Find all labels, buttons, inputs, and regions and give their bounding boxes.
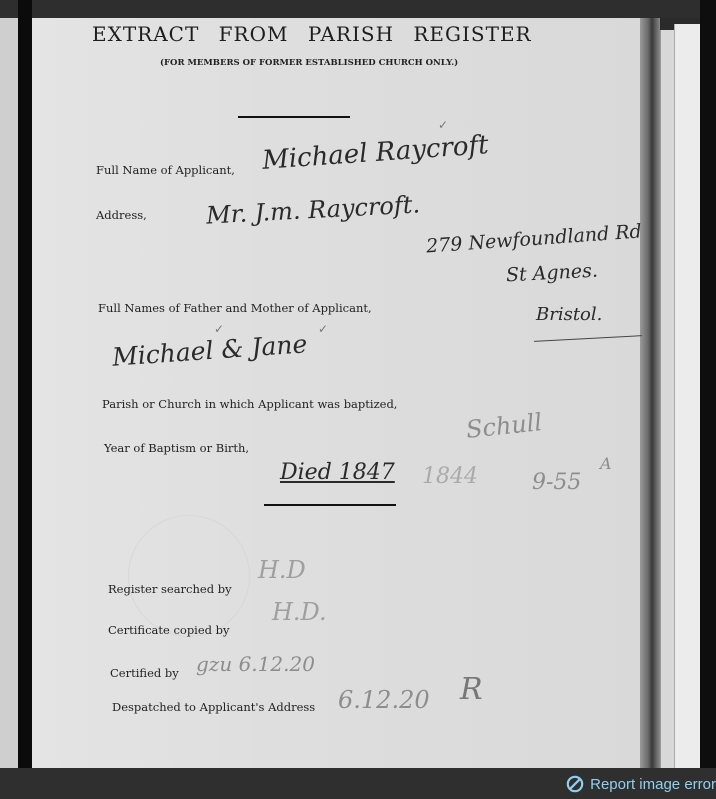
register-searched-label: Register searched by bbox=[108, 582, 232, 596]
report-image-error-label: Report image error bbox=[590, 776, 716, 793]
certificate-copied-value: H.D. bbox=[272, 598, 327, 626]
certified-label: Certified by bbox=[110, 666, 179, 680]
certified-value: gzu 6.12.20 bbox=[196, 652, 315, 676]
page-edge bbox=[674, 24, 701, 768]
despatched-value: 6.12.20 bbox=[338, 686, 430, 714]
image-viewer: EXTRACT FROM PARISH REGISTER (FOR MEMBER… bbox=[0, 0, 716, 799]
address-label: Address, bbox=[96, 208, 147, 222]
document-subtitle: (FOR MEMBERS OF FORMER ESTABLISHED CHURC… bbox=[160, 58, 458, 68]
check-mark: ✓ bbox=[438, 118, 448, 132]
address-line-4: Bristol. bbox=[536, 304, 602, 325]
binding-shadow-left bbox=[18, 0, 32, 799]
page-edge bbox=[660, 30, 675, 768]
document-title: EXTRACT FROM PARISH REGISTER bbox=[92, 22, 532, 46]
reference-mark: A bbox=[600, 454, 612, 473]
register-page bbox=[32, 18, 644, 768]
pencil-year: 1844 bbox=[422, 464, 478, 489]
parish-label: Parish or Church in which Applicant was … bbox=[102, 397, 397, 411]
parents-label: Full Names of Father and Mother of Appli… bbox=[98, 301, 372, 315]
divider-rule bbox=[264, 504, 396, 506]
check-mark: ✓ bbox=[318, 322, 328, 336]
despatched-initials: R bbox=[460, 672, 483, 707]
year-value: Died 1847 bbox=[280, 460, 395, 485]
check-mark: ✓ bbox=[214, 322, 224, 336]
viewer-top-band bbox=[0, 0, 716, 18]
page-gutter bbox=[640, 18, 660, 768]
binding-shadow-right bbox=[700, 0, 716, 799]
report-image-error-button[interactable]: Report image error bbox=[566, 775, 716, 793]
previous-page-edge bbox=[0, 18, 18, 768]
register-searched-value: H.D bbox=[258, 556, 306, 584]
faint-seal-stamp bbox=[128, 515, 250, 637]
year-label: Year of Baptism or Birth, bbox=[104, 441, 249, 455]
despatched-label: Despatched to Applicant's Address bbox=[112, 700, 315, 714]
reference-number: 9-55 bbox=[532, 470, 581, 495]
full-name-label: Full Name of Applicant, bbox=[96, 163, 235, 177]
certificate-copied-label: Certificate copied by bbox=[108, 623, 230, 637]
prohibited-circle-icon bbox=[566, 775, 584, 793]
divider-rule bbox=[238, 116, 350, 118]
